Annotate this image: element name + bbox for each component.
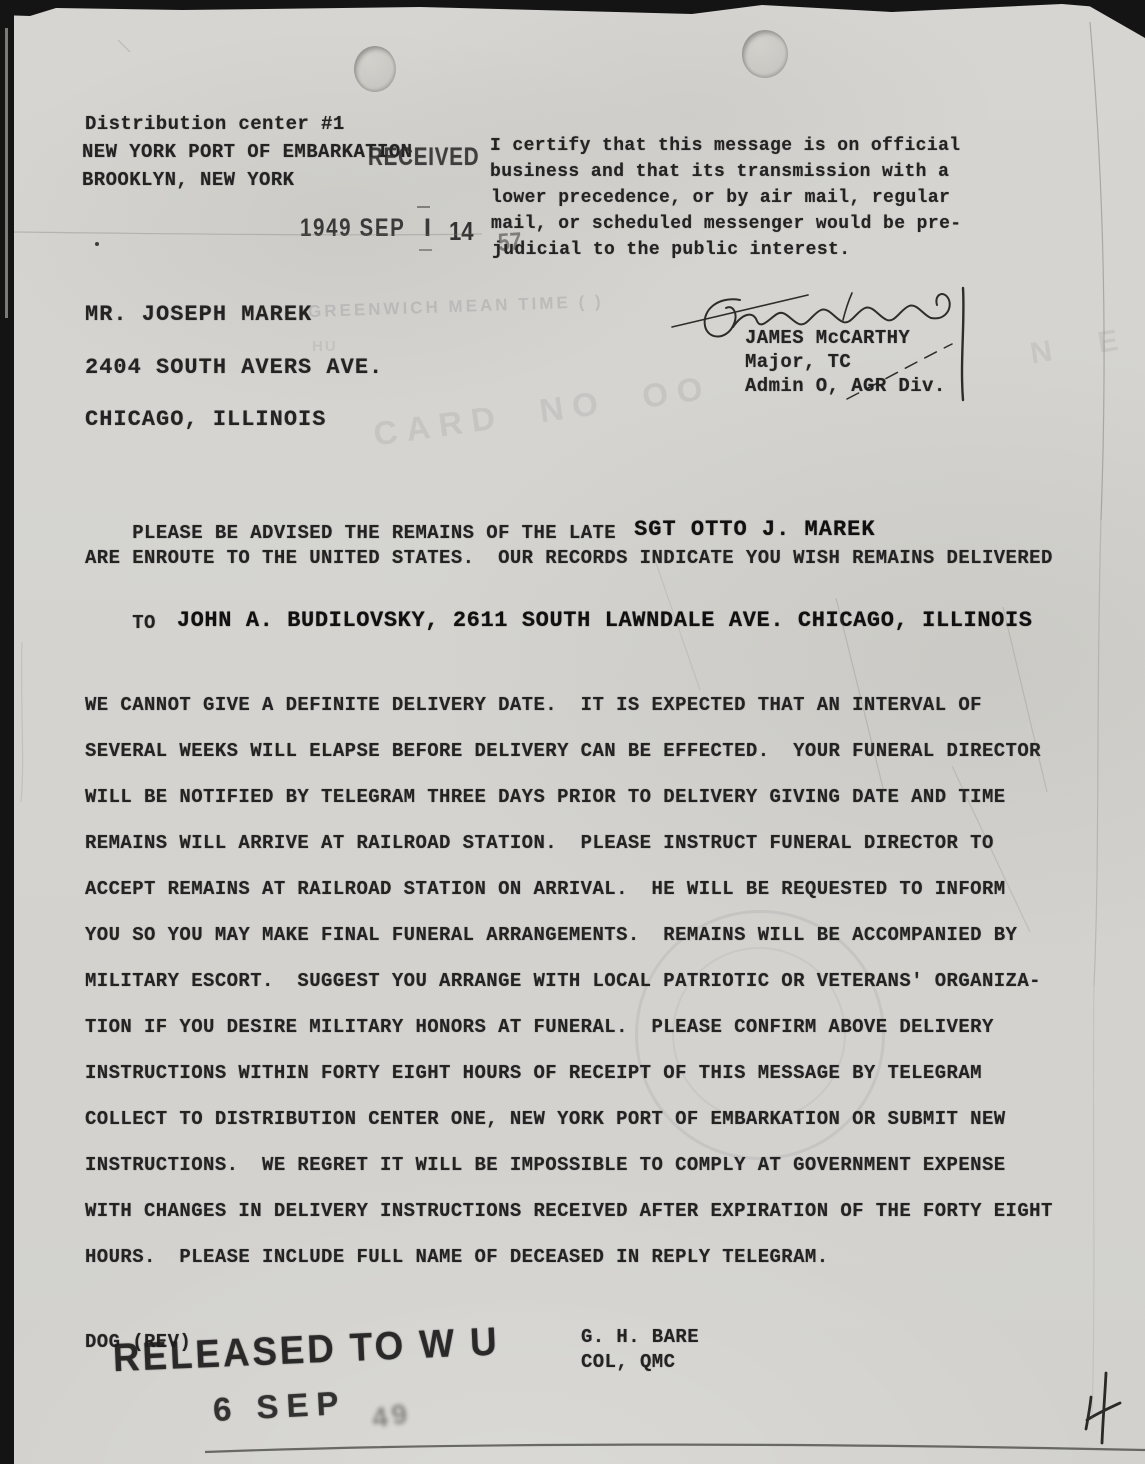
body-line: INSTRUCTIONS. WE REGRET IT WILL BE IMPOS…	[85, 1154, 1006, 1176]
next-of-kin-address: JOHN A. BUDILOVSKY, 2611 SOUTH LAWNDALE …	[177, 608, 1033, 633]
footer-signer-title: COL, QMC	[581, 1351, 675, 1373]
scan-edge-top-right-wedge	[1053, 0, 1145, 38]
punch-hole-left	[354, 46, 396, 92]
body-line: INSTRUCTIONS WITHIN FORTY EIGHT HOURS OF…	[85, 1062, 982, 1084]
recipient-city: CHICAGO, ILLINOIS	[85, 407, 326, 432]
body-advised-prefix: PLEASE BE ADVISED THE REMAINS OF THE LAT…	[132, 522, 616, 544]
stray-period	[95, 242, 99, 246]
body-line: REMAINS WILL ARRIVE AT RAILROAD STATION.…	[85, 832, 994, 854]
released-to-wu-stamp: RELEASED TO W U	[112, 1320, 501, 1382]
signer-rank: Major, TC	[745, 351, 851, 373]
scan-edge-left-highlight	[5, 28, 8, 318]
body-line: ACCEPT REMAINS AT RAILROAD STATION ON AR…	[85, 878, 1006, 900]
body-line: WE CANNOT GIVE A DEFINITE DELIVERY DATE.…	[85, 694, 982, 716]
certification-line: business and that its transmission with …	[490, 162, 949, 182]
date-stamp-tick-bottom	[419, 249, 432, 251]
recipient-street: 2404 SOUTH AVERS AVE.	[85, 355, 383, 380]
body-line: HOURS. PLEASE INCLUDE FULL NAME OF DECEA…	[85, 1246, 829, 1268]
body-line: SEVERAL WEEKS WILL ELAPSE BEFORE DELIVER…	[85, 740, 1041, 762]
greenwich-mean-time-stamp: GREENWICH MEAN TIME ( )	[308, 292, 604, 322]
signer-title: Admin O, AGR Div.	[745, 375, 946, 397]
date-stamp-yearmonth: 1949 SEP	[300, 214, 405, 243]
released-date-stamp: 6 SEP	[212, 1384, 347, 1429]
punch-hole-right	[742, 30, 788, 78]
received-stamp: RECEIVED	[368, 143, 479, 172]
scanned-telegram-document: GREENWICH MEAN TIME ( ) HU CARD NO OO N …	[0, 0, 1145, 1464]
date-stamp-tick-top	[417, 206, 430, 208]
scan-edge-top	[0, 0, 1145, 18]
recipient-name: MR. JOSEPH MAREK	[85, 302, 312, 327]
body-deliver-to-line: TOJOHN A. BUDILOVSKY, 2611 SOUTH LAWNDAL…	[85, 588, 1033, 657]
released-year-stamp: 49	[370, 1397, 414, 1435]
body-line: WILL BE NOTIFIED BY TELEGRAM THREE DAYS …	[85, 786, 1006, 808]
faint-stamp-fragment: HU	[312, 338, 338, 355]
certification-line: mail, or scheduled messenger would be pr…	[491, 214, 961, 234]
date-stamp-hour: 14	[449, 216, 474, 247]
body-to-prefix: TO	[132, 612, 156, 634]
card-no-stamp: CARD NO OO	[371, 368, 714, 453]
body-line: COLLECT TO DISTRIBUTION CENTER ONE, NEW …	[85, 1108, 1006, 1130]
body-line: TION IF YOU DESIRE MILITARY HONORS AT FU…	[85, 1016, 994, 1038]
date-stamp-day: I	[424, 214, 431, 243]
dist-center-line3: BROOKLYN, NEW YORK	[82, 169, 294, 191]
body-line: YOU SO YOU MAY MAKE FINAL FUNERAL ARRANG…	[85, 924, 1017, 946]
dist-center-line1: Distribution center #1	[85, 113, 345, 135]
deceased-name: SGT OTTO J. MAREK	[634, 517, 875, 542]
footer-signer-name: G. H. BARE	[581, 1326, 699, 1348]
certification-line: judicial to the public interest.	[492, 240, 850, 260]
signer-name: JAMES McCARTHY	[745, 327, 910, 349]
certification-line: I certify that this message is on offici…	[490, 136, 960, 156]
body-line: MILITARY ESCORT. SUGGEST YOU ARRANGE WIT…	[85, 970, 1041, 992]
dist-center-line2: NEW YORK PORT OF EMBARKATION	[82, 141, 412, 163]
body-enroute-line: ARE ENROUTE TO THE UNITED STATES. OUR RE…	[85, 547, 1053, 569]
body-line: WITH CHANGES IN DELIVERY INSTRUCTIONS RE…	[85, 1200, 1053, 1222]
certification-line: lower precedence, or by air mail, regula…	[491, 188, 950, 208]
card-no-stamp-fragment: N E	[1028, 323, 1130, 372]
